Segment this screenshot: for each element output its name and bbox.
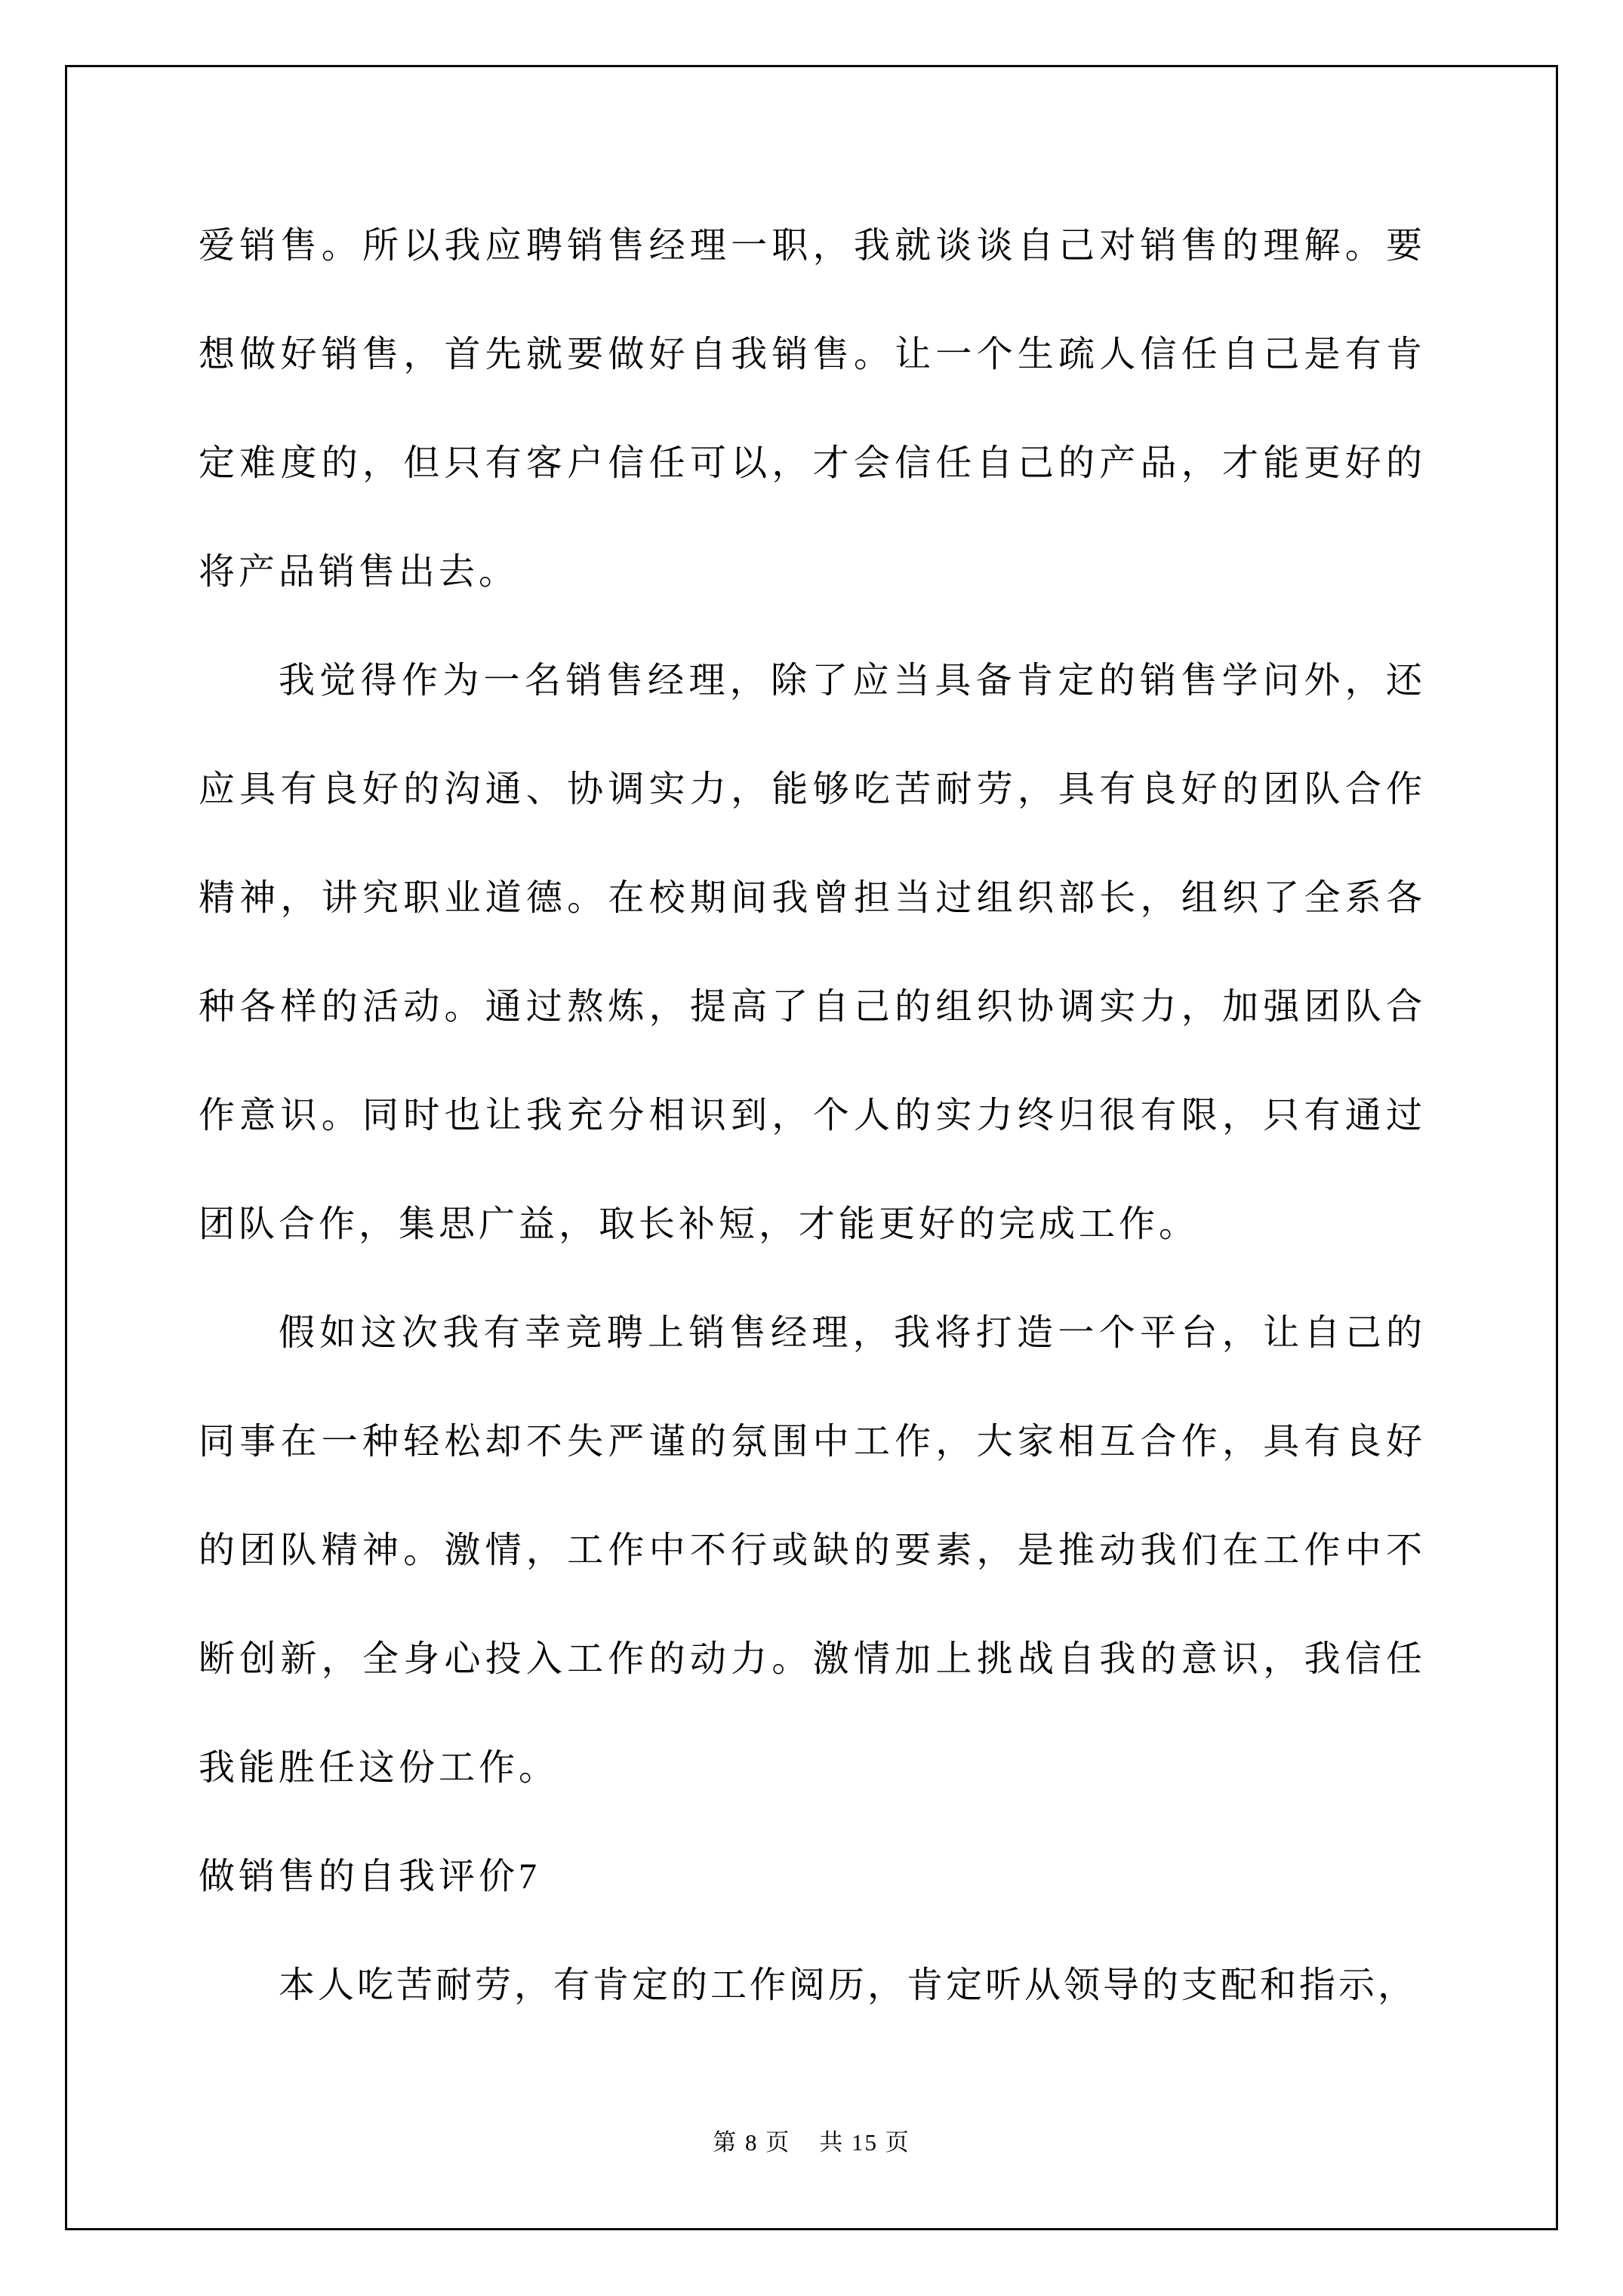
paragraph: 假如这次我有幸竞聘上销售经理，我将打造一个平台，让自己的同事在一种轻松却不失严谨… [199, 1279, 1426, 1823]
page-number-label: 第 8 页 [713, 2129, 790, 2156]
document-body: 爱销售。所以我应聘销售经理一职，我就谈谈自己对销售的理解。要想做好销售，首先就要… [199, 192, 1426, 2040]
document-page: 爱销售。所以我应聘销售经理一职，我就谈谈自己对销售的理解。要想做好销售，首先就要… [0, 0, 1623, 2296]
page-footer: 第 8 页共 15 页 [0, 2123, 1623, 2157]
total-pages-label: 共 15 页 [819, 2129, 910, 2156]
paragraph: 我觉得作为一名销售经理，除了应当具备肯定的销售学问外，还应具有良好的沟通、协调实… [199, 627, 1426, 1279]
paragraph: 本人吃苦耐劳，有肯定的工作阅历，肯定听从领导的支配和指示， [199, 1931, 1426, 2040]
paragraph: 爱销售。所以我应聘销售经理一职，我就谈谈自己对销售的理解。要想做好销售，首先就要… [199, 192, 1426, 627]
section-heading: 做销售的自我评价7 [199, 1823, 1426, 1931]
